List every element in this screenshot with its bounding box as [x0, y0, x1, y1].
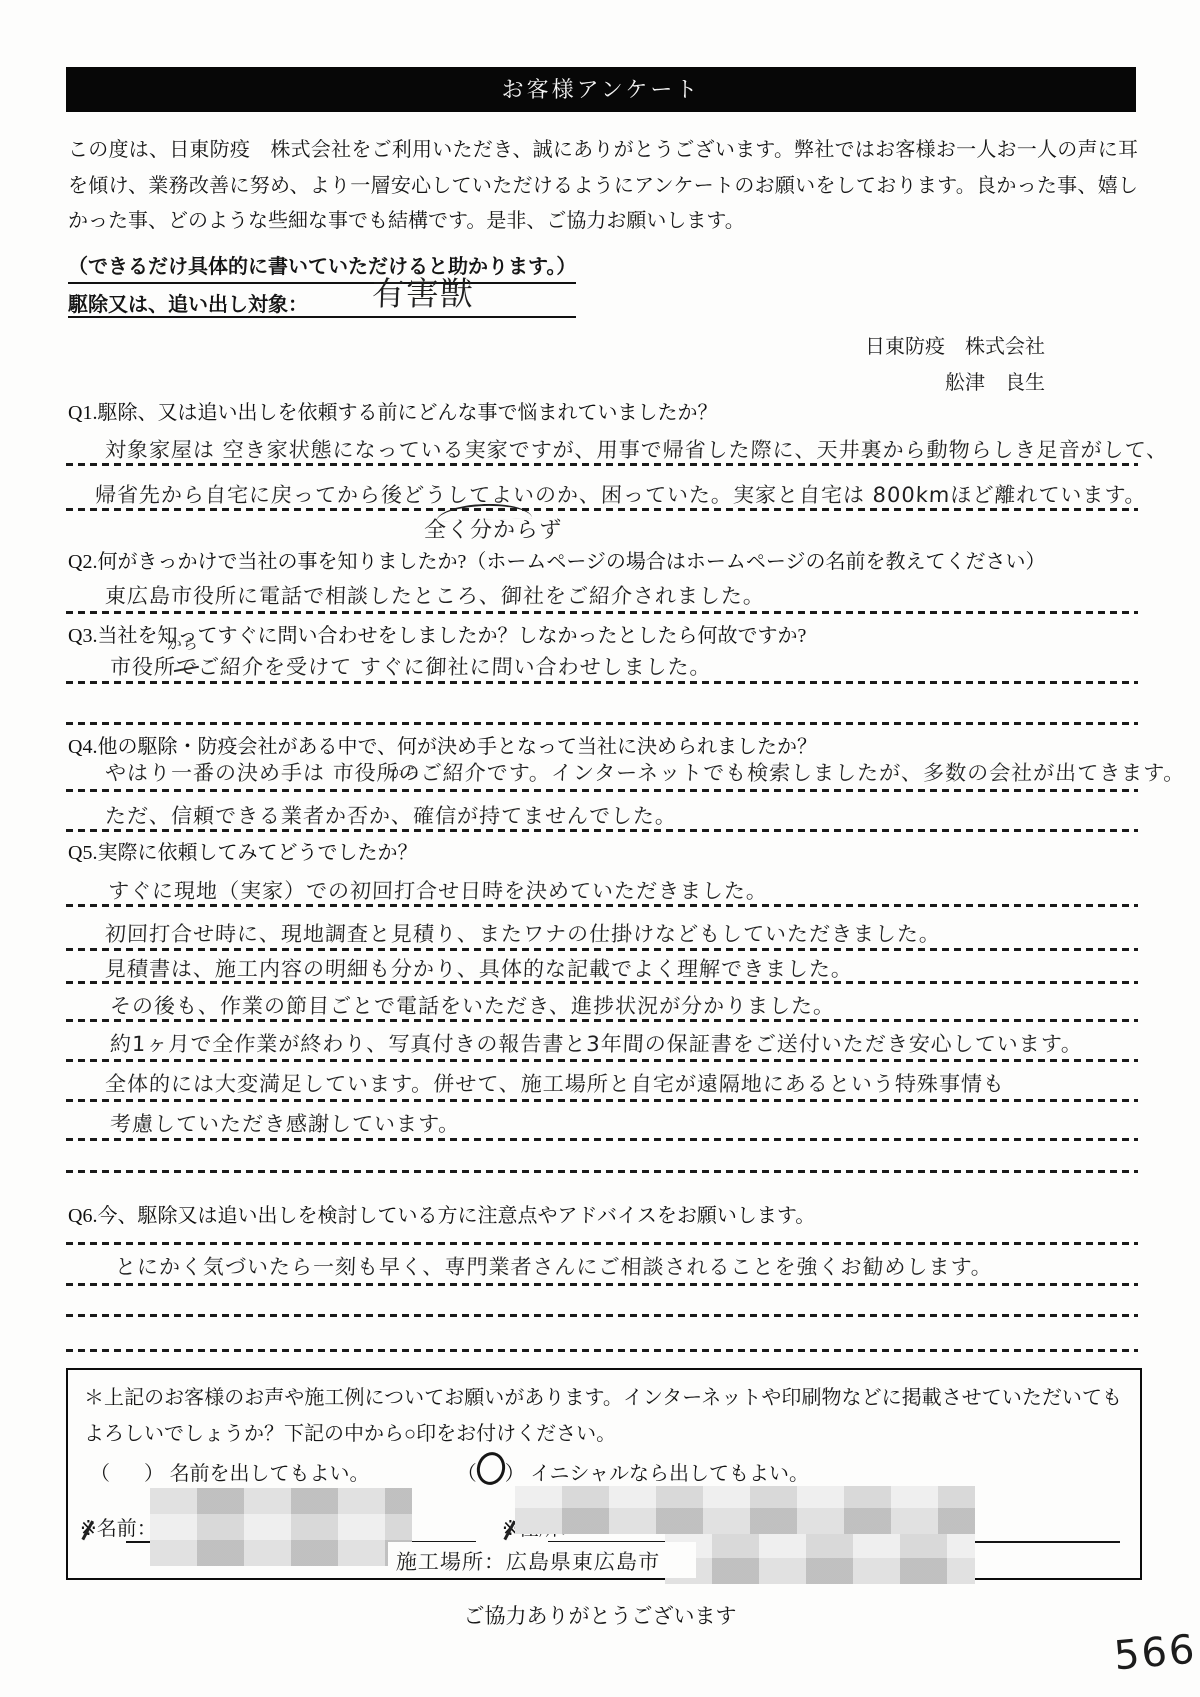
name-label-text: 名前： [97, 1518, 157, 1540]
q3-struck-text: でから [175, 651, 198, 681]
target-label: 駆除又は、追い出し対象： [68, 294, 308, 316]
site-label: 施工場所： [396, 1550, 507, 1574]
answer-rule [66, 904, 1138, 907]
q3-answer-line-1: 市役所でからご紹介を受けて すぐに御社に問い合わせしました。 [109, 651, 712, 681]
q5-answer-line-7: 考慮していただき感謝しています。 [109, 1108, 460, 1138]
asterisk-crossed-out: ※ [80, 1516, 97, 1541]
q5-answer-line-6: 全体的には大変満足しています。併せて、施工場所と自宅が遠隔地にあるという特殊事情… [104, 1068, 1005, 1098]
answer-rule [66, 789, 1138, 792]
answer-rule [66, 463, 1138, 466]
q3-inserted-text: から [166, 633, 199, 654]
answer-rule [66, 829, 1138, 832]
question-q2: Q2.何がきっかけで当社の事を知りましたか?（ホームページの場合はホームページの… [68, 545, 1046, 574]
permission-options-row: （） 名前を出してもよい。 （） イニシャルなら出してもよい。 [90, 1452, 809, 1486]
redacted-address-blur [515, 1486, 975, 1534]
option-name-choice[interactable]: （） 名前を出してもよい。 [90, 1463, 370, 1485]
page-title: お客様アンケート [66, 67, 1136, 112]
intro-note: （できるだけ具体的に書いていただけると助かります。） [68, 250, 576, 284]
answer-rule [66, 1283, 1138, 1286]
answer-rule [66, 1019, 1138, 1022]
q6-answer-line-1: とにかく気づいたら一刻も早く、専門業者さんにご相談されることを強くお勧めします。 [114, 1251, 993, 1281]
q5-answer-line-1: すぐに現地（実家）での初回打合せ日時を決めていただきました。 [107, 875, 768, 905]
option-initial-label: イニシャルなら出してもよい。 [530, 1463, 809, 1485]
q5-answer-line-2: 初回打合せ時に、現地調査と見積り、またワナの仕掛けなどもしていただきました。 [104, 918, 941, 948]
question-q1: Q1.駆除、又は追い出しを依頼する前にどんな事で悩まれていましたか？ [68, 396, 717, 425]
q4-answer1-before: やはり一番の決め手は 市役所 [105, 761, 400, 785]
answer-rule [66, 1059, 1138, 1062]
q2-answer-line-1: 東広島市役所に電話で相談したところ、御社をご紹介されました。 [104, 580, 765, 610]
thanks-message: ご協力ありがとうございます [0, 1600, 1200, 1630]
answer-rule [66, 1170, 1138, 1173]
answer-rule [66, 981, 1138, 984]
answer-rule [66, 681, 1138, 684]
handwritten-page-number: 566 [1112, 1626, 1198, 1679]
question-q4: Q4.他の駆除・防疫会社がある中で、何が決め手となって当社に決められましたか？ [68, 730, 817, 759]
q5-answer-line-5: 約1ヶ月で全作業が終わり、写真付きの報告書と3年間の保証書をご送付いただき安心し… [109, 1028, 1083, 1058]
question-q6: Q6.今、駆除又は追い出しを検討している方に注意点やアドバイスをお願いします。 [68, 1199, 815, 1228]
company-name: 日東防疫 株式会社 [68, 330, 1045, 359]
option-name-label: 名前を出してもよい。 [170, 1463, 370, 1485]
q4-answer-line-2: ただ、信頼できる業者か否か、確信が持てませんでした。 [104, 800, 677, 830]
redacted-name-blur [150, 1488, 412, 1566]
q3-answer-after: ご紹介を受けて すぐに御社に問い合わせしました。 [198, 655, 713, 679]
q1-insertion-note: 全く分からず [423, 513, 562, 544]
site-value: 広島県東広島市 [506, 1550, 661, 1574]
answer-rule [66, 1242, 1138, 1245]
handwritten-circle-mark [473, 1449, 508, 1488]
target-field: 駆除又は、追い出し対象： [68, 288, 576, 318]
target-handwritten-value: 有害獣 [371, 268, 475, 315]
answer-rule [66, 508, 1138, 511]
redacted-site-blur [665, 1534, 975, 1584]
answer-rule [66, 722, 1138, 725]
q5-answer-line-3: 見積書は、施工内容の明細も分かり、具体的な記載でよく理解できました。 [104, 953, 853, 983]
q4-answer1-after: のご紹介です。インターネットでも検索しましたが、多数の会社が出てきます。 [398, 761, 1186, 785]
paren-open: （ [90, 1463, 110, 1485]
q5-answer-line-4: その後も、作業の節目ごとで電話をいただき、進捗状況が分かりました。 [109, 990, 835, 1020]
paren-close: ） [144, 1463, 164, 1485]
q4-inserted-text: から [388, 762, 421, 783]
option-initial-choice[interactable]: （） イニシャルなら出してもよい。 [457, 1463, 809, 1485]
answer-rule [66, 1138, 1138, 1141]
paren-close: ） [505, 1463, 525, 1485]
answer-rule [66, 948, 1138, 951]
answer-rule [66, 1349, 1138, 1352]
site-handwritten-line: 施工場所：広島県東広島市 [395, 1546, 660, 1576]
question-q5: Q5.実際に依頼してみてどうでしたか？ [68, 836, 417, 865]
q4-answer-line-1: やはり一番の決め手は 市役所からのご紹介です。インターネットでも検索しましたが、… [104, 757, 1185, 787]
q1-answer-line-2: 帰省先から自宅に戻ってから後どうしてよいのか、困っていた。実家と自宅は 800k… [94, 479, 1147, 509]
answer-rule [66, 1099, 1138, 1102]
q3-answer-before: 市役所 [110, 655, 177, 679]
intro-paragraph: この度は、日東防疫 株式会社をご利用いただき、誠にありがとうございます。弊社では… [68, 133, 1138, 240]
permission-request-text: ＊上記のお客様のお声や施工例についてお願いがあります。インターネットや印刷物など… [84, 1380, 1122, 1452]
paren-open: （ [457, 1463, 477, 1485]
answer-rule [66, 611, 1138, 614]
q1-answer-line-1: 対象家屋は 空き家状態になっている実家ですが、用事で帰省した際に、天井裏から動物… [104, 434, 1168, 464]
staff-name: 舩津 良生 [68, 366, 1045, 395]
survey-sheet: お客様アンケート この度は、日東防疫 株式会社をご利用いただき、誠にありがとうご… [0, 0, 1200, 1697]
answer-rule [66, 1314, 1138, 1317]
name-field-label: ※名前： [80, 1512, 157, 1541]
